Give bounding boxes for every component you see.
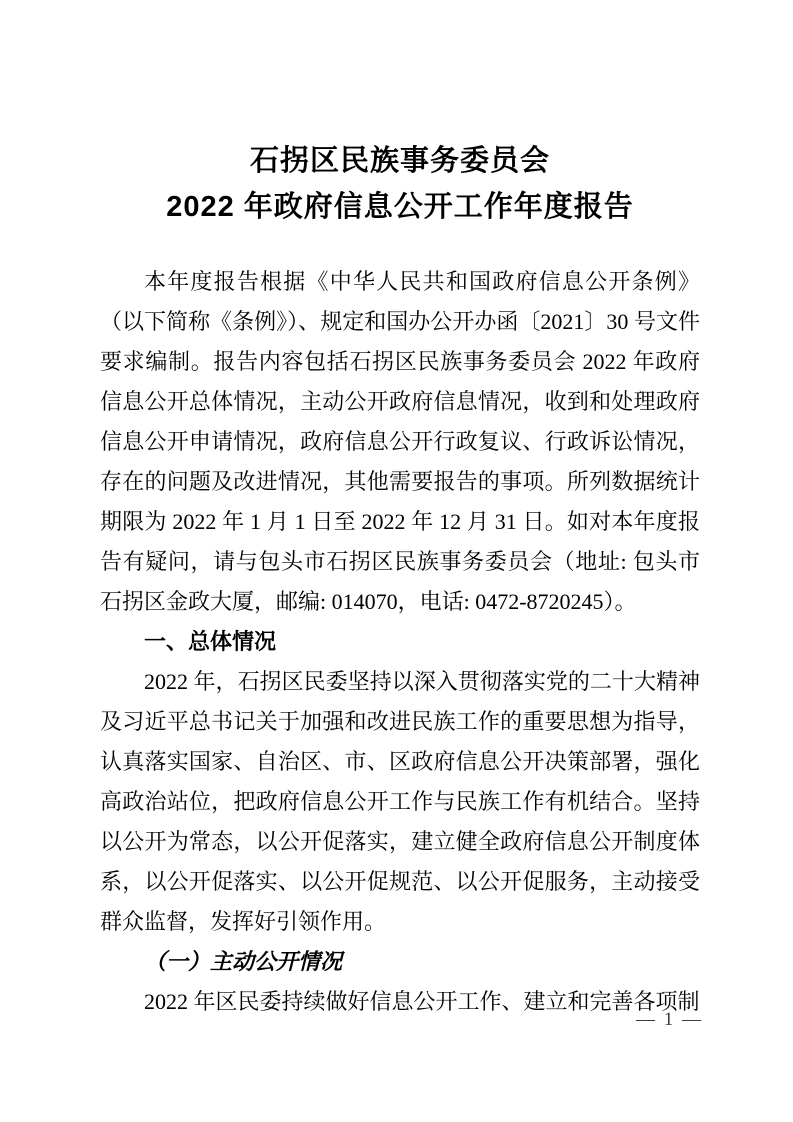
document-page: 石拐区民族事务委员会 2022 年政府信息公开工作年度报告 本年度报告根据《中华…: [0, 0, 793, 1122]
report-title: 石拐区民族事务委员会 2022 年政府信息公开工作年度报告: [100, 138, 700, 230]
report-title-line1: 石拐区民族事务委员会: [250, 145, 550, 177]
subsection-heading-proactive-disclosure: （一）主动公开情况: [100, 942, 700, 982]
paragraph-proactive-disclosure: 2022 年区民委持续做好信息公开工作、建立和完善各项制: [100, 982, 700, 1022]
paragraph-overall-situation: 2022 年，石拐区民委坚持以深入贯彻落实党的二十大精神及习近平总书记关于加强和…: [100, 662, 700, 942]
section-heading-overall-situation: 一、总体情况: [100, 622, 700, 662]
report-title-line2: 2022 年政府信息公开工作年度报告: [166, 191, 634, 223]
paragraph-introduction: 本年度报告根据《中华人民共和国政府信息公开条例》（以下简称《条例》）、规定和国办…: [100, 262, 700, 622]
document-content: 石拐区民族事务委员会 2022 年政府信息公开工作年度报告 本年度报告根据《中华…: [100, 138, 700, 1022]
page-number: — 1 —: [636, 1008, 703, 1032]
